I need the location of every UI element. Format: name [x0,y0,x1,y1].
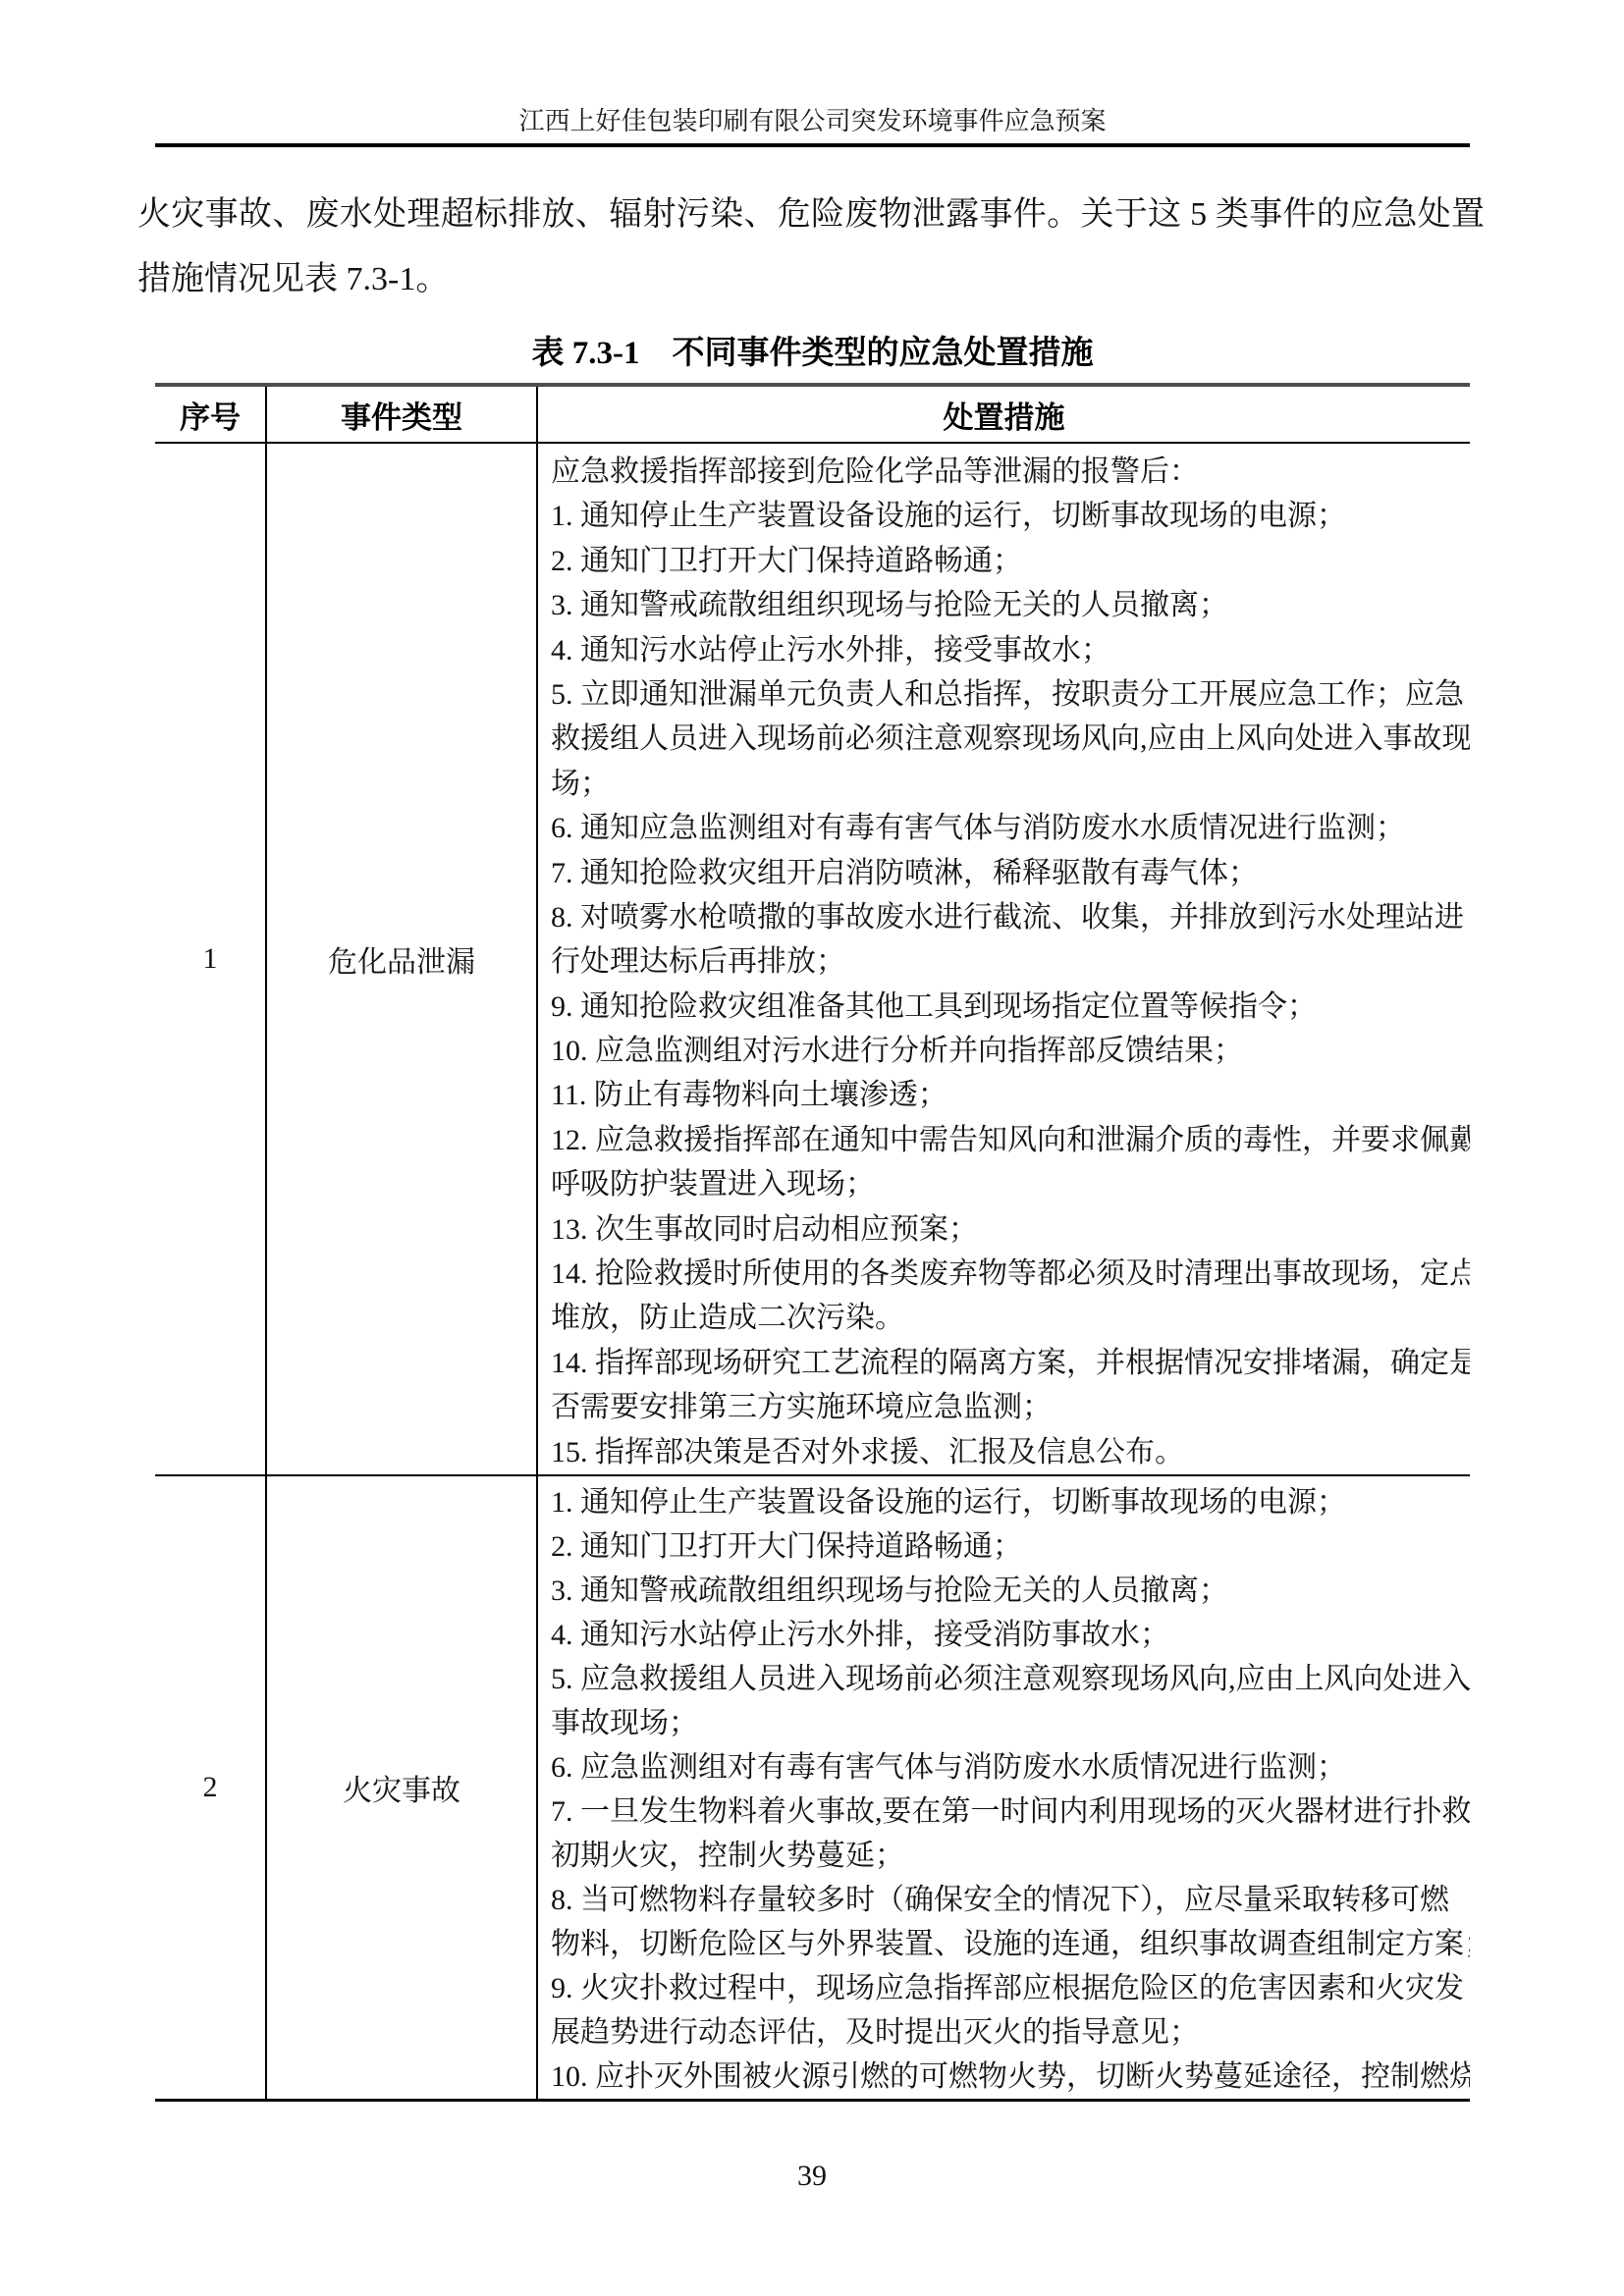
measure-line: 7. 通知抢险救灾组开启消防喷淋，稀释驱散有毒气体； [551,851,1462,895]
measure-line: 9. 通知抢险救灾组准备其他工具到现场指定位置等候指令； [551,985,1462,1029]
measure-line: 4. 通知污水站停止污水外排，接受消防事故水； [551,1613,1462,1657]
row-measures-text: 1. 通知停止生产装置设备设施的运行，切断事故现场的电源；2. 通知门卫打开大门… [538,1476,1470,2099]
measure-line: 12. 应急救援指挥部在通知中需告知风向和泄漏介质的毒性，并要求佩戴 [551,1118,1462,1162]
measure-line: 事故现场； [551,1701,1462,1745]
measure-line: 3. 通知警戒疏散组组织现场与抢险无关的人员撤离； [551,583,1462,627]
measure-line: 10. 应急监测组对污水进行分析并向指挥部反馈结果； [551,1029,1462,1073]
measure-line: 展趋势进行动态评估，及时提出灭火的指导意见； [551,2010,1462,2055]
measure-line: 5. 应急救援组人员进入现场前必须注意观察现场风向,应由上风向处进入 [551,1657,1462,1701]
table-header-row: 序号 事件类型 处置措施 [155,387,1470,444]
measure-line: 6. 应急监测组对有毒有害气体与消防废水水质情况进行监测； [551,1745,1462,1789]
measure-line: 场； [551,762,1462,806]
intro-line-1: 火灾事故、废水处理超标排放、辐射污染、危险废物泄露事件。关于这 5 类事件的应急… [137,183,1485,247]
row-event-type: 危化品泄漏 [267,444,538,1474]
column-header-measures: 处置措施 [538,387,1470,442]
column-header-seq: 序号 [155,387,267,442]
measure-line: 14. 指挥部现场研究工艺流程的隔离方案，并根据情况安排堵漏，确定是 [551,1341,1462,1385]
measure-line: 4. 通知污水站停止污水外排，接受事故水； [551,628,1462,672]
measure-line: 堆放，防止造成二次污染。 [551,1296,1462,1340]
document-page: 江西上好佳包装印刷有限公司突发环境事件应急预案 火灾事故、废水处理超标排放、辐射… [0,0,1624,2296]
measure-line: 13. 次生事故同时启动相应预案； [551,1207,1462,1252]
intro-paragraph: 火灾事故、废水处理超标排放、辐射污染、危险废物泄露事件。关于这 5 类事件的应急… [137,183,1485,312]
emergency-measures-table: 序号 事件类型 处置措施 1 危化品泄漏 应急救援指挥部接到危险化学品等泄漏的报… [155,383,1470,2102]
measure-line: 6. 通知应急监测组对有毒有害气体与消防废水水质情况进行监测； [551,806,1462,850]
measure-line: 7. 一旦发生物料着火事故,要在第一时间内利用现场的灭火器材进行扑救 [551,1789,1462,1834]
measure-line: 8. 当可燃物料存量较多时（确保安全的情况下），应尽量采取转移可燃 [551,1878,1462,1922]
measure-line: 11. 防止有毒物料向土壤渗透； [551,1073,1462,1117]
table-row: 1 危化品泄漏 应急救援指挥部接到危险化学品等泄漏的报警后：1. 通知停止生产装… [155,444,1470,1474]
measure-line: 行处理达标后再排放； [551,939,1462,984]
measure-line: 否需要安排第三方实施环境应急监测； [551,1385,1462,1429]
intro-line-2: 措施情况见表 7.3-1。 [137,247,1485,312]
measure-line: 2. 通知门卫打开大门保持道路畅通； [551,539,1462,583]
row-event-type: 火灾事故 [267,1476,538,2099]
measure-line: 15. 指挥部决策是否对外求援、汇报及信息公布。 [551,1430,1462,1474]
measure-line: 9. 火灾扑救过程中，现场应急指挥部应根据危险区的危害因素和火灾发 [551,1966,1462,2010]
measure-line: 1. 通知停止生产装置设备设施的运行，切断事故现场的电源； [551,494,1462,538]
row-measures-text: 应急救援指挥部接到危险化学品等泄漏的报警后：1. 通知停止生产装置设备设施的运行… [538,444,1470,1474]
measure-line: 14. 抢险救援时所使用的各类废弃物等都必须及时清理出事故现场，定点 [551,1252,1462,1296]
measure-line: 10. 应扑灭外围被火源引燃的可燃物火势，切断火势蔓延途径，控制燃烧 [551,2055,1462,2099]
table-row: 2 火灾事故 1. 通知停止生产装置设备设施的运行，切断事故现场的电源；2. 通… [155,1474,1470,2099]
table-caption: 表 7.3-1 不同事件类型的应急处置措施 [155,330,1470,377]
page-number: 39 [0,2160,1624,2193]
measure-line: 呼吸防护装置进入现场； [551,1162,1462,1206]
measure-line: 1. 通知停止生产装置设备设施的运行，切断事故现场的电源； [551,1480,1462,1524]
measure-line: 初期火灾，控制火势蔓延； [551,1834,1462,1878]
measure-line: 5. 立即通知泄漏单元负责人和总指挥，按职责分工开展应急工作；应急 [551,672,1462,717]
measure-line: 应急救援指挥部接到危险化学品等泄漏的报警后： [551,450,1462,494]
row-seq-number: 1 [155,444,267,1474]
running-header-title: 江西上好佳包装印刷有限公司突发环境事件应急预案 [155,104,1470,139]
measure-line: 3. 通知警戒疏散组组织现场与抢险无关的人员撤离； [551,1569,1462,1613]
measure-line: 2. 通知门卫打开大门保持道路畅通； [551,1524,1462,1569]
column-header-event-type: 事件类型 [267,387,538,442]
header-rule [155,143,1470,147]
measure-line: 救援组人员进入现场前必须注意观察现场风向,应由上风向处进入事故现 [551,717,1462,761]
row-seq-number: 2 [155,1476,267,2099]
measure-line: 物料，切断危险区与外界装置、设施的连通，组织事故调查组制定方案； [551,1922,1462,1966]
measure-line: 8. 对喷雾水枪喷撒的事故废水进行截流、收集，并排放到污水处理站进 [551,895,1462,939]
